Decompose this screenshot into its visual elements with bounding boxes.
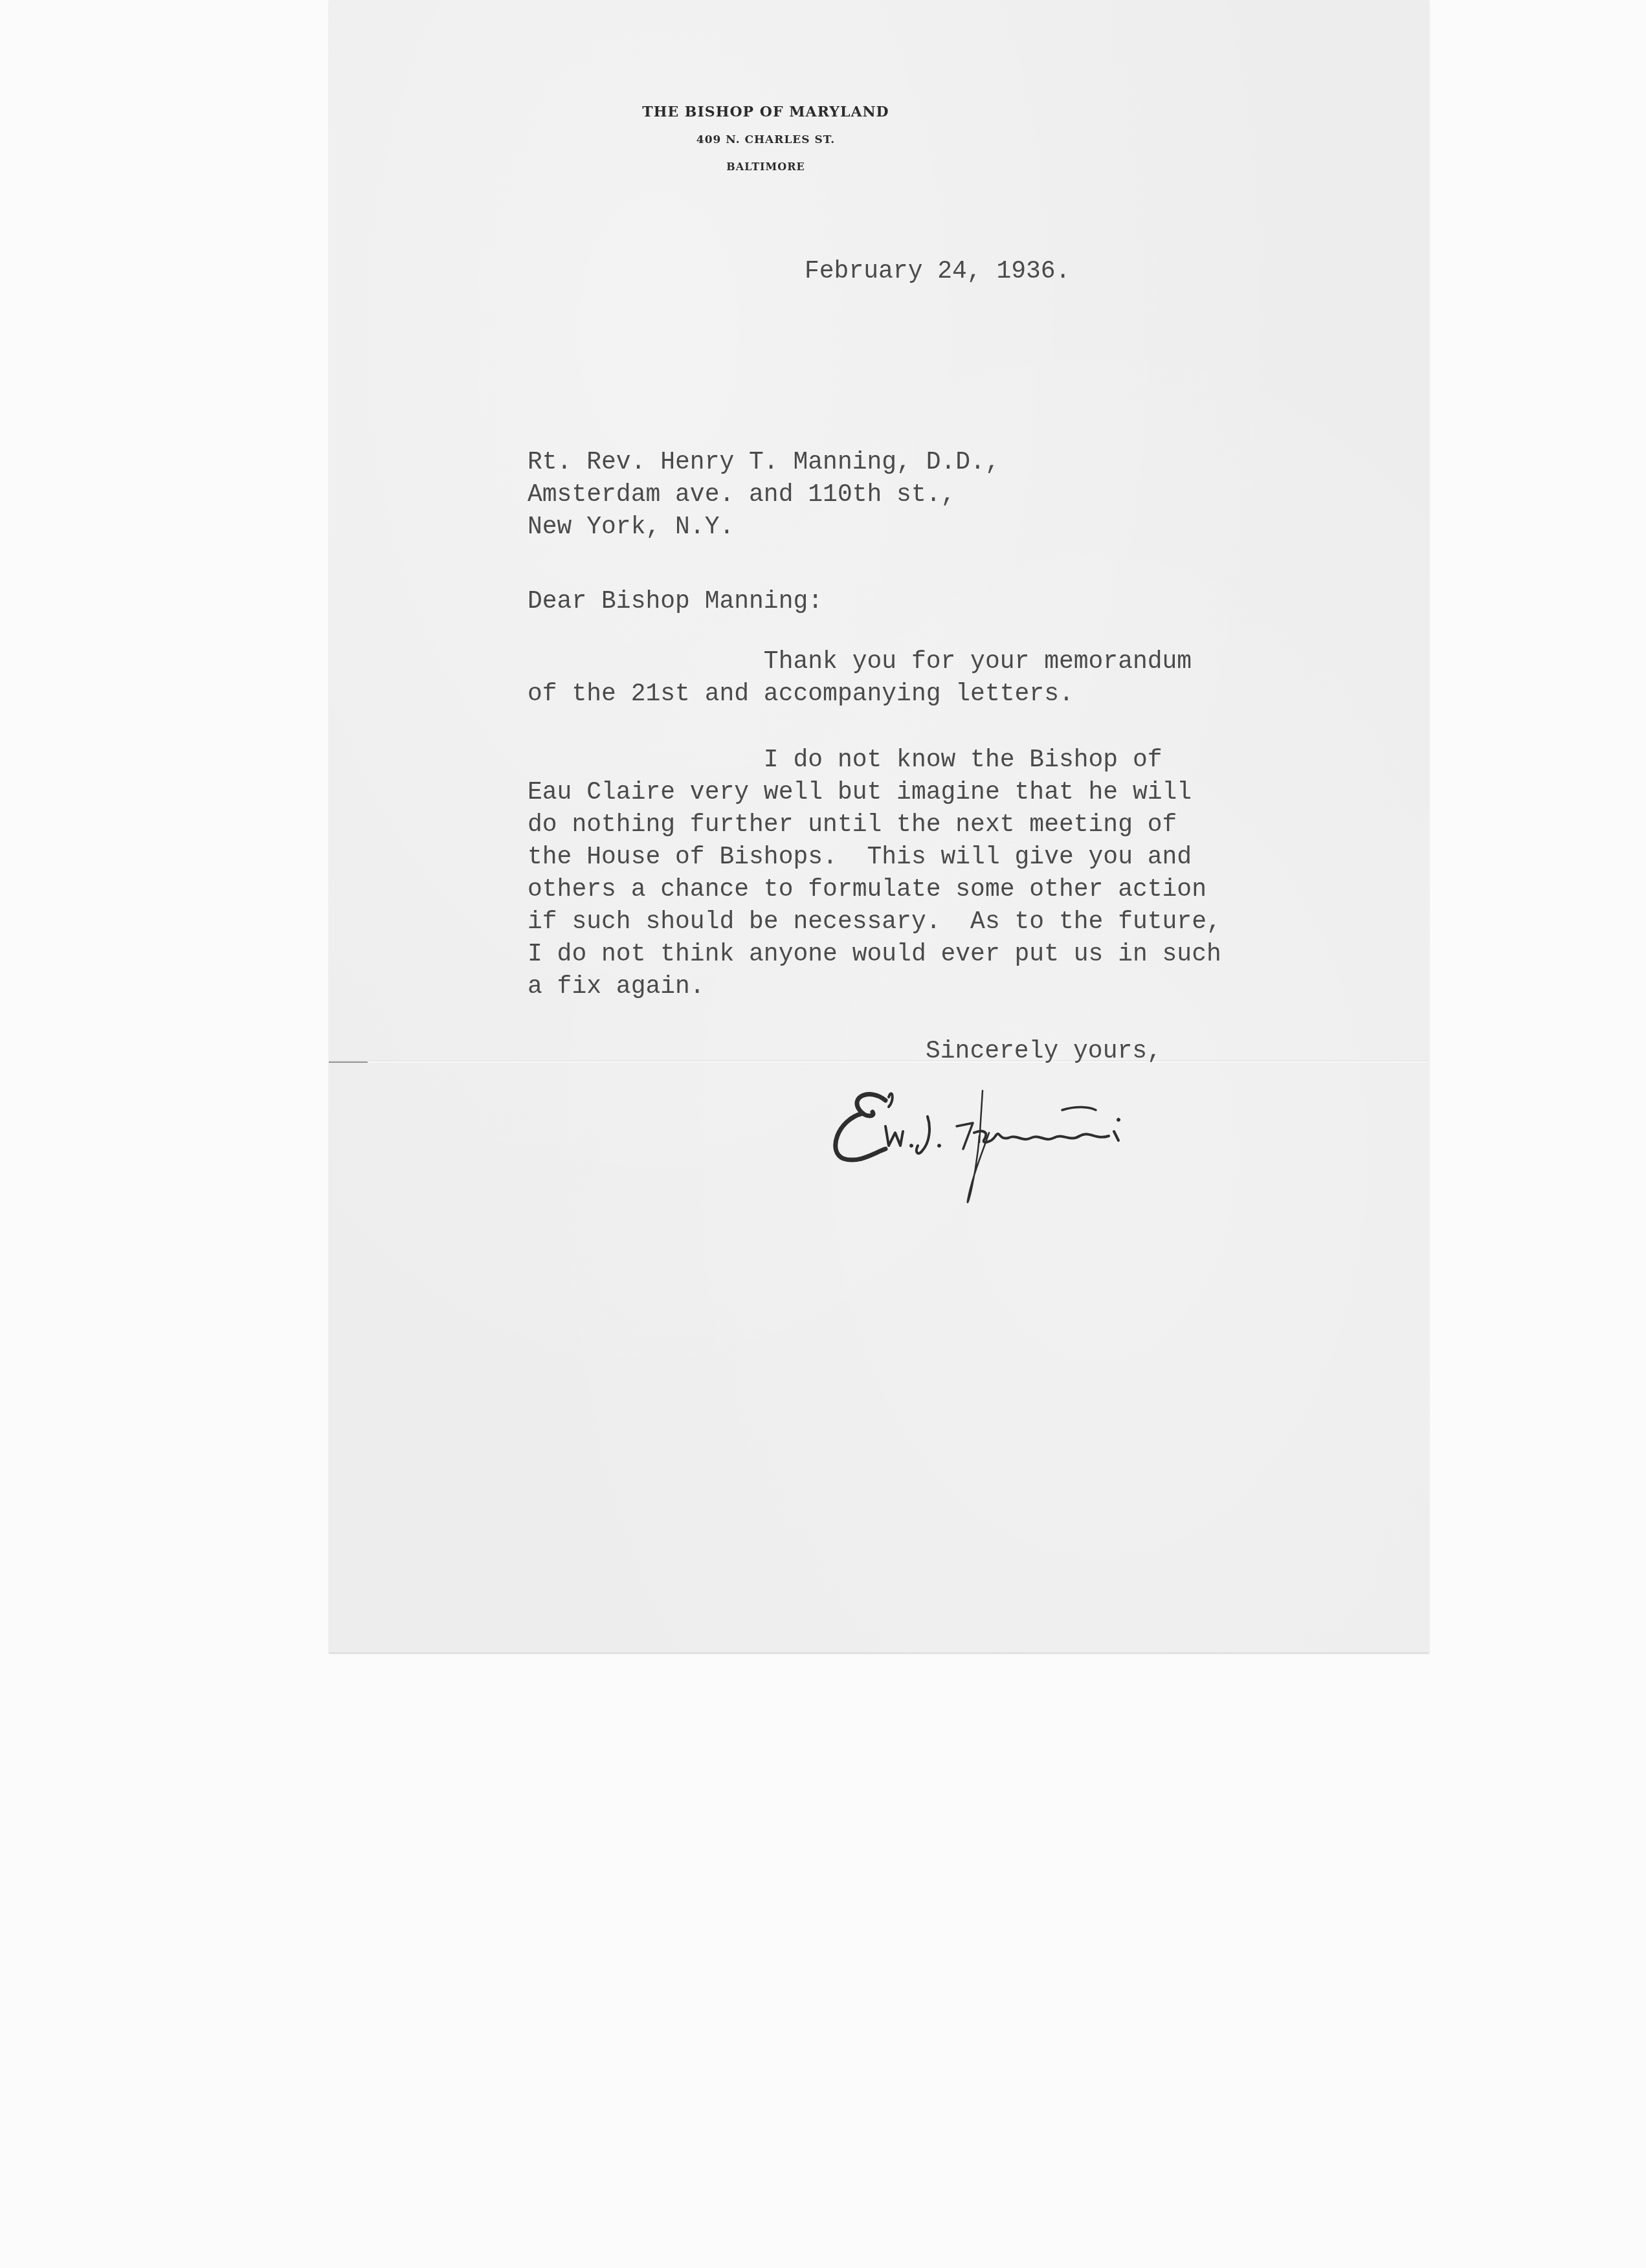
recipient-line: Amsterdam ave. and 110th st., <box>528 479 1000 511</box>
letterhead: THE BISHOP OF MARYLAND 409 N. CHARLES ST… <box>329 104 1429 173</box>
letterhead-address: 409 N. CHARLES ST. <box>542 133 989 146</box>
recipient-line: New York, N.Y. <box>528 511 1000 544</box>
body-line: Thank you for your memorandum <box>528 646 1192 678</box>
salutation: Dear Bishop Manning: <box>528 586 823 618</box>
letter-date: February 24, 1936. <box>805 256 1070 288</box>
handwritten-signature-icon <box>824 1081 1342 1210</box>
body-line: of the 21st and accompanying letters. <box>528 678 1192 711</box>
recipient-line: Rt. Rev. Henry T. Manning, D.D., <box>528 447 1000 479</box>
body-paragraph-2: I do not know the Bishop ofEau Claire ve… <box>528 744 1221 1003</box>
closing: Sincerely yours, <box>926 1036 1162 1068</box>
body-line: I do not know the Bishop of <box>528 744 1221 777</box>
letter-paper: THE BISHOP OF MARYLAND 409 N. CHARLES ST… <box>329 0 1429 1652</box>
body-line: I do not think anyone would ever put us … <box>528 939 1221 971</box>
letterhead-title: THE BISHOP OF MARYLAND <box>542 104 989 120</box>
body-line: the House of Bishops. This will give you… <box>528 841 1221 874</box>
body-line: if such should be necessary. As to the f… <box>528 906 1221 939</box>
body-line: a fix again. <box>528 971 1221 1003</box>
body-line: Eau Claire very well but imagine that he… <box>528 777 1221 809</box>
body-line: do nothing further until the next meetin… <box>528 809 1221 841</box>
body-paragraph-1: Thank you for your memorandumof the 21st… <box>528 646 1192 711</box>
body-line: others a chance to formulate some other … <box>528 874 1221 906</box>
paper-fold-crease <box>329 1060 1429 1064</box>
letterhead-city: BALTIMORE <box>542 161 989 173</box>
recipient-address: Rt. Rev. Henry T. Manning, D.D.,Amsterda… <box>528 447 1000 544</box>
